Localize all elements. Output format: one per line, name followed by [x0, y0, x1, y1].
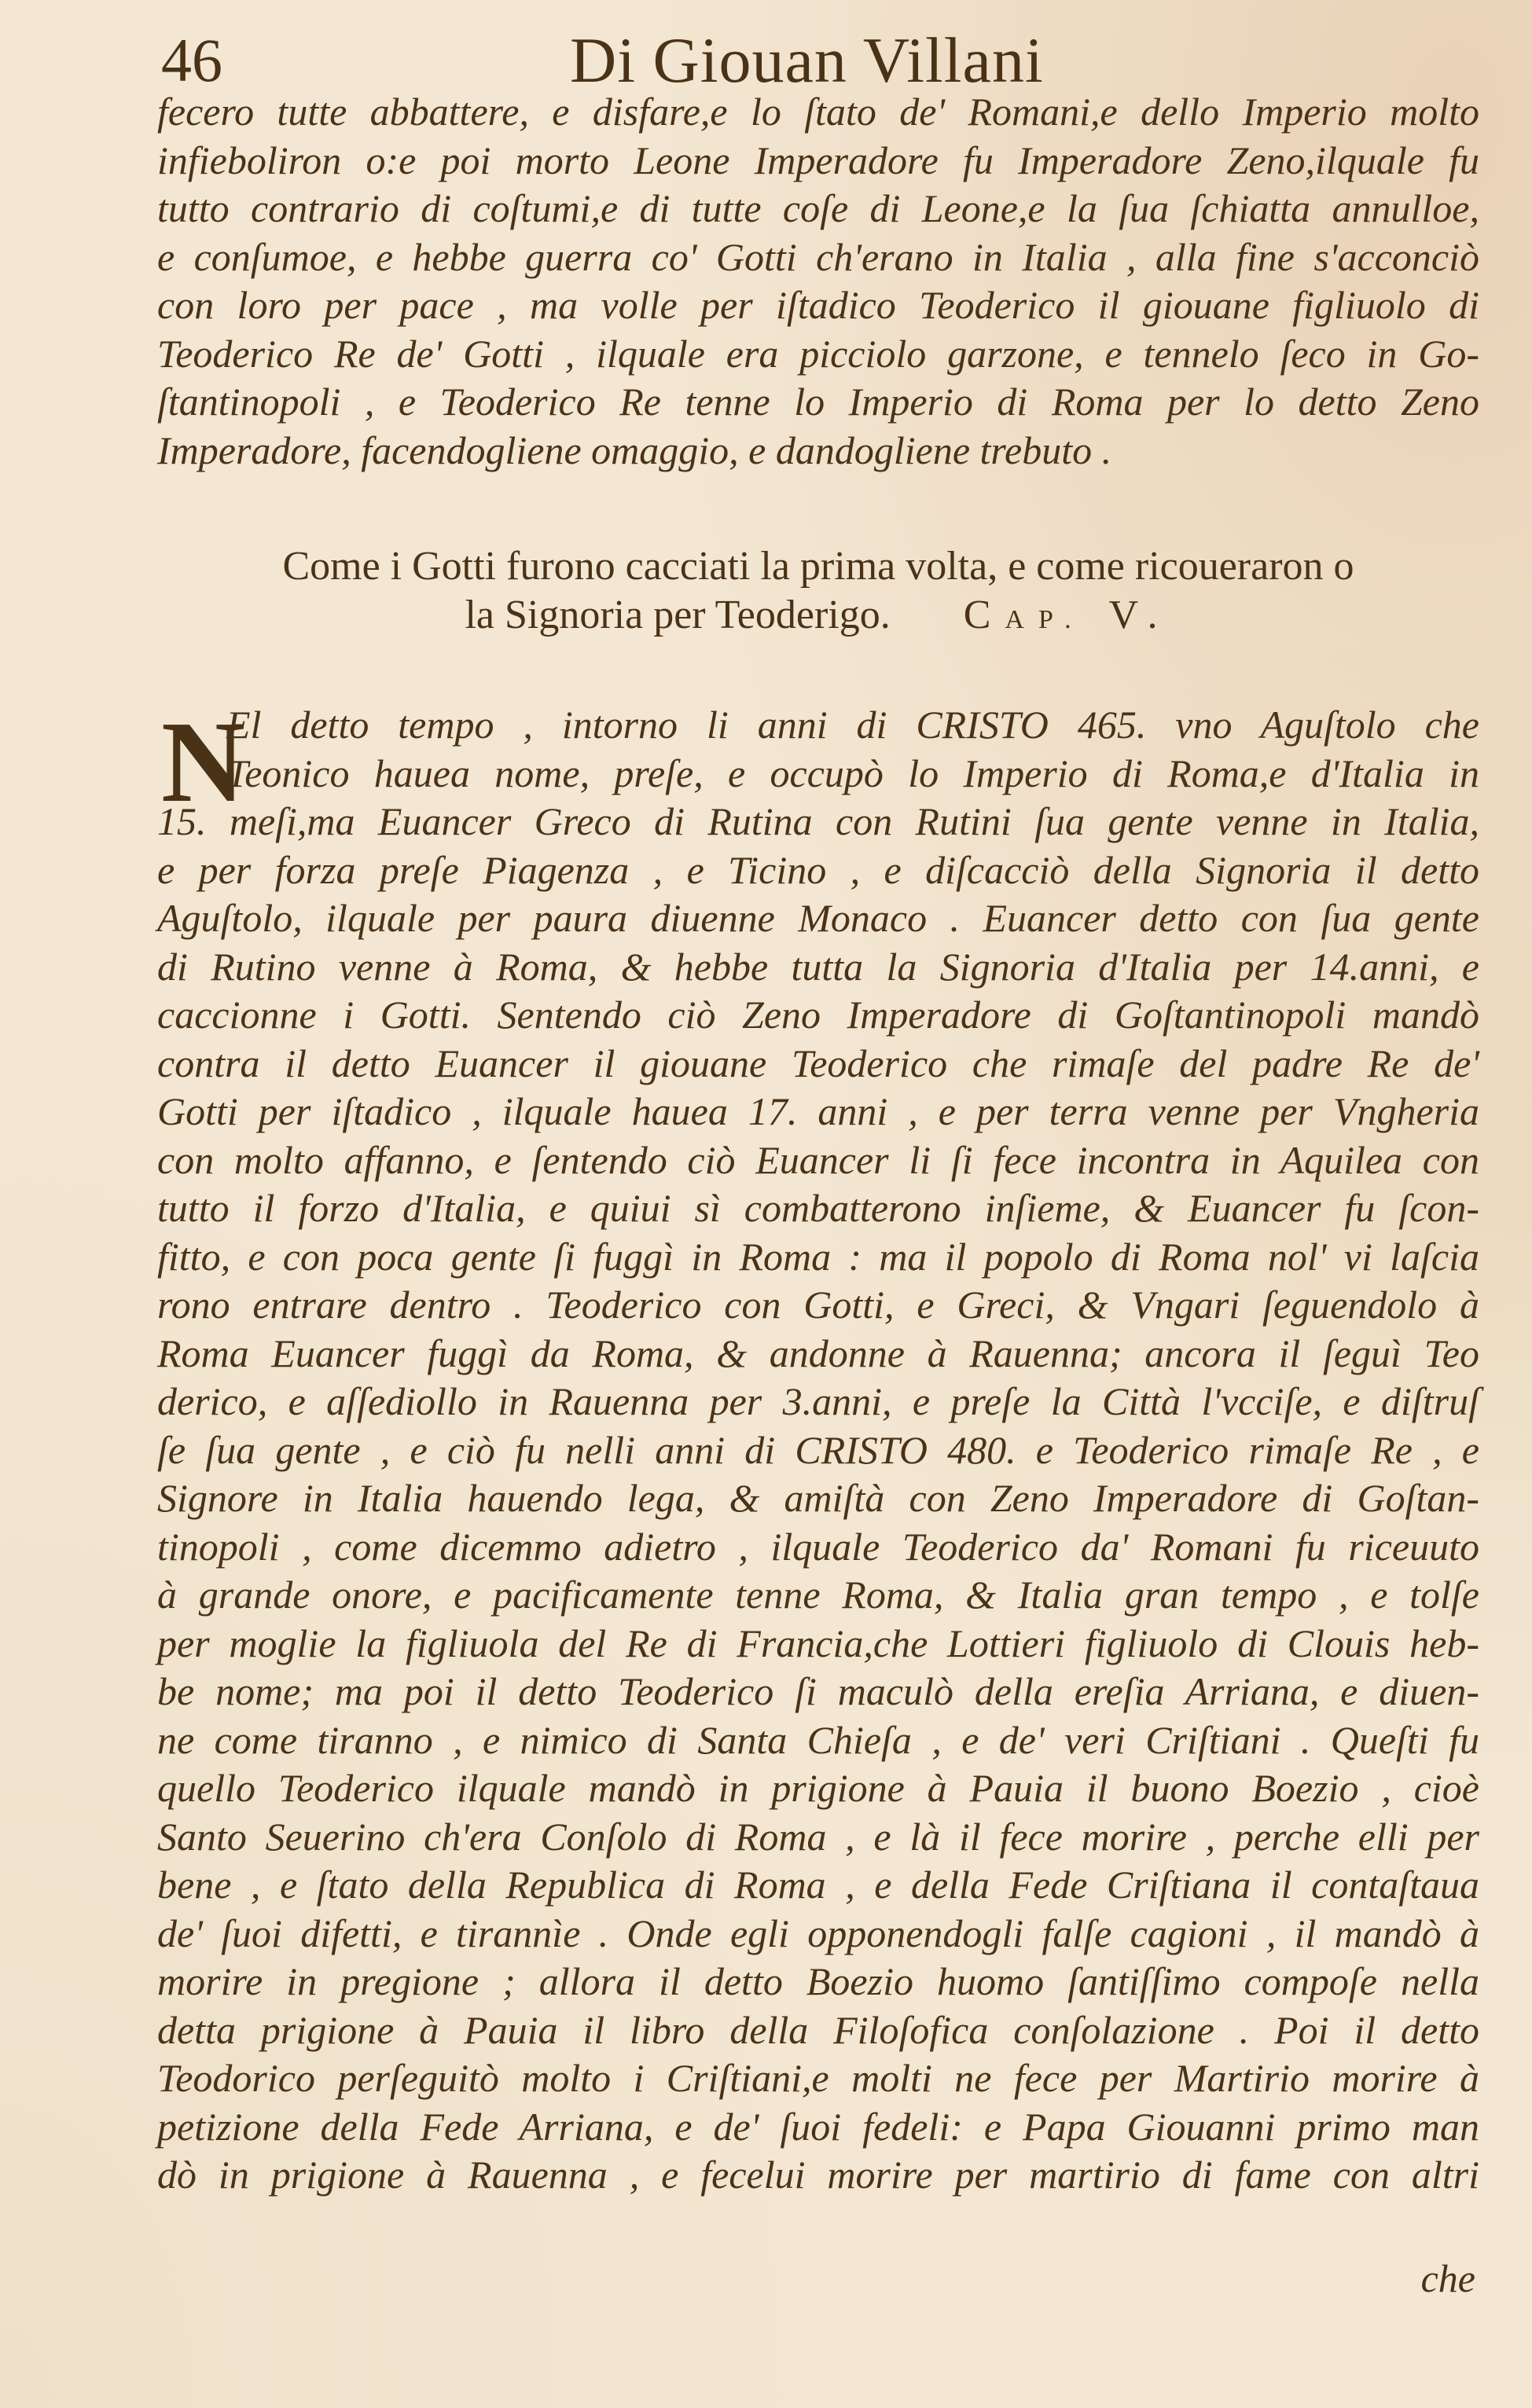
text-line: 15. meſi,ma Euancer Greco di Rutina con …	[157, 798, 1479, 846]
text-line: dò in prigione à Rauenna , e fecelui mor…	[157, 2151, 1479, 2200]
text-line: con loro per pace , ma volle per iſtadic…	[157, 281, 1479, 330]
text-line: Teoderico Re de' Gotti , ilquale era pic…	[157, 330, 1479, 379]
chapter-number: CAP. V.	[964, 593, 1172, 637]
cap-roman-numeral: V.	[1109, 593, 1172, 637]
chapter-heading: Come i Gotti furono cacciati la prima vo…	[157, 542, 1479, 640]
text-line: infieboliron o:e poi morto Leone Imperad…	[157, 137, 1479, 185]
text-line: fitto, e con poca gente ſi fuggì in Roma…	[157, 1233, 1479, 1282]
book-page: 46 Di Giouan Villani fecero tutte abbatt…	[0, 0, 1532, 2408]
text-line: con molto affanno, e ſentendo ciò Euance…	[157, 1136, 1479, 1185]
running-head: 46 Di Giouan Villani	[0, 17, 1532, 88]
text-line: detta prigione à Pauia il libro della Fi…	[157, 2006, 1479, 2055]
chapter-body: El detto tempo , intorno li anni di CRIS…	[157, 701, 1479, 2200]
chapter-heading-line-2: la Signoria per Teoderigo. CAP. V.	[157, 591, 1479, 640]
text-line: ſtantinopoli , e Teoderico Re tenne lo I…	[157, 378, 1479, 427]
text-line: Aguſtolo, ilquale per paura diuenne Mona…	[157, 894, 1479, 943]
text-line: per moglie la figliuola del Re di Franci…	[157, 1620, 1479, 1668]
catchword: che	[1421, 2256, 1475, 2301]
text-line: Teonico hauea nome, preſe, e occupò lo I…	[157, 750, 1479, 798]
text-line: fecero tutte abbattere, e disfare,e lo ſ…	[157, 88, 1479, 137]
running-title: Di Giouan Villani	[570, 25, 1044, 96]
text-line: rono entrare dentro . Teoderico con Gott…	[157, 1281, 1479, 1330]
text-line: derico, e aſſediollo in Rauenna per 3.an…	[157, 1378, 1479, 1426]
text-line: morire in pregione ; allora il detto Boe…	[157, 1958, 1479, 2006]
paragraph-continuation: fecero tutte abbattere, e disfare,e lo ſ…	[157, 88, 1479, 475]
text-line: Santo Seuerino ch'era Conſolo di Roma , …	[157, 1813, 1479, 1862]
text-line: ne come tiranno , e nimico di Santa Chie…	[157, 1716, 1479, 1765]
text-line: ſe ſua gente , e ciò fu nelli anni di CR…	[157, 1426, 1479, 1475]
text-line: tutto il forzo d'Italia, e quiui sì comb…	[157, 1184, 1479, 1233]
chapter-heading-line: Come i Gotti furono cacciati la prima vo…	[157, 542, 1479, 591]
cap-initial: C	[964, 593, 1005, 637]
text-line: El detto tempo , intorno li anni di CRIS…	[157, 701, 1479, 750]
text-line: di Rutino venne à Roma, & hebbe tutta la…	[157, 943, 1479, 992]
text-line: e conſumoe, e hebbe guerra co' Gotti ch'…	[157, 233, 1479, 282]
cap-smallcaps: AP.	[1005, 605, 1085, 634]
text-line: quello Teoderico ilquale mandò in prigio…	[157, 1764, 1479, 1813]
text-line: e per forza preſe Piagenza , e Ticino , …	[157, 846, 1479, 895]
chapter-heading-text: la Signoria per Teoderigo.	[465, 593, 890, 637]
text-line: Gotti per iſtadico , ilquale hauea 17. a…	[157, 1088, 1479, 1136]
text-line: tinopoli , come dicemmo adietro , ilqual…	[157, 1523, 1479, 1572]
text-line: tutto contrario di coſtumi,e di tutte co…	[157, 185, 1479, 233]
text-line: de' ſuoi difetti, e tirannìe . Onde egli…	[157, 1910, 1479, 1958]
text-line: contra il detto Euancer il giouane Teode…	[157, 1040, 1479, 1088]
text-line: caccionne i Gotti. Sentendo ciò Zeno Imp…	[157, 991, 1479, 1040]
text-line: be nome; ma poi il detto Teoderico ſi ma…	[157, 1668, 1479, 1716]
text-line: bene , e ſtato della Republica di Roma ,…	[157, 1861, 1479, 1910]
page-number: 46	[161, 25, 222, 96]
text-line: Teodorico perſeguitò molto i Criſtiani,e…	[157, 2054, 1479, 2103]
text-line: à grande onore, e pacificamente tenne Ro…	[157, 1571, 1479, 1620]
text-line: Roma Euancer fuggì da Roma, & andonne à …	[157, 1330, 1479, 1378]
text-line: Signore in Italia hauendo lega, & amiſtà…	[157, 1474, 1479, 1523]
text-line: petizione della Fede Arriana, e de' ſuoi…	[157, 2103, 1479, 2152]
text-line: Imperadore, facendogliene omaggio, e dan…	[157, 427, 1479, 475]
